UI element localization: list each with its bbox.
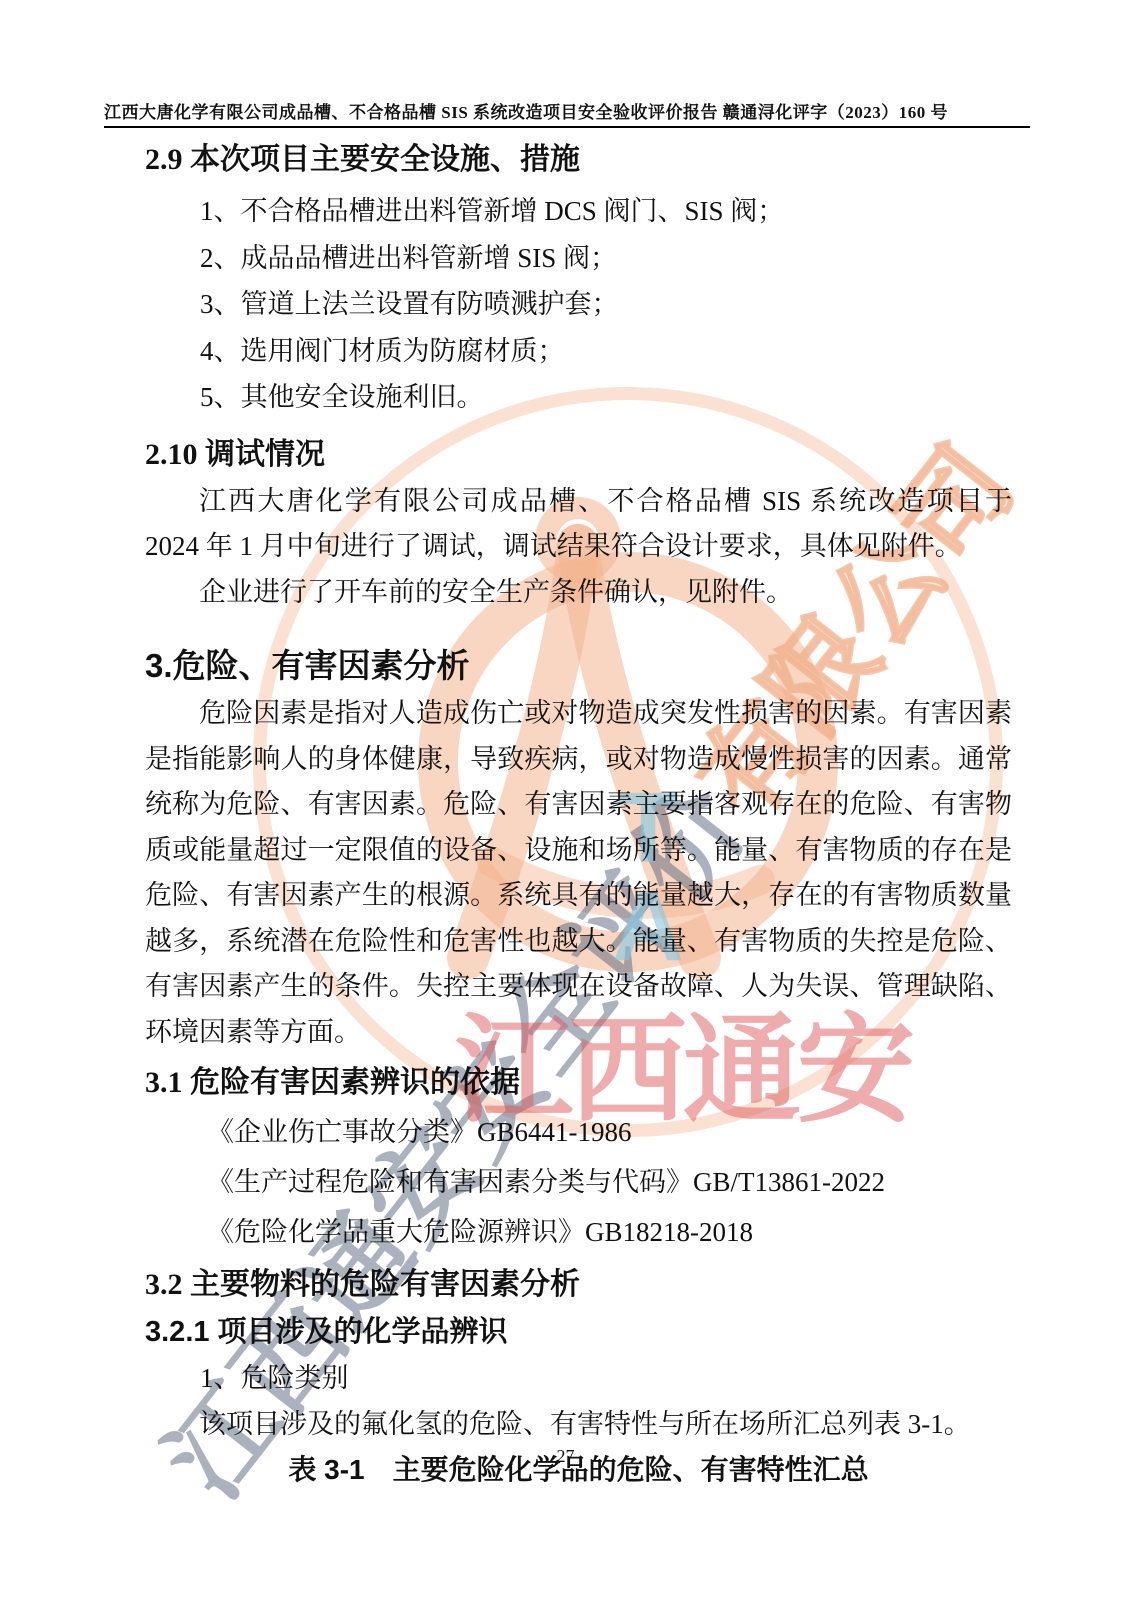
heading-3: 3.危险、有害因素分析 [145, 641, 1012, 691]
document-body: 2.9 本次项目主要安全设施、措施 1、不合格品槽进出料管新增 DCS 阀门、S… [145, 136, 1012, 1493]
reference-gb6441: 《企业伤亡事故分类》GB6441-1986 [145, 1107, 1012, 1157]
hazard-category-item: 1、危险类别 [145, 1355, 1012, 1402]
paragraph-commissioning: 江西大唐化学有限公司成品槽、不合格品槽 SIS 系统改造项目于 2024 年 1… [145, 479, 1012, 570]
heading-3-1: 3.1 危险有害因素辨识的依据 [145, 1059, 1012, 1107]
heading-2-10: 2.10 调试情况 [145, 431, 1012, 479]
list-item-5: 5、其他安全设施利旧。 [145, 374, 1012, 421]
report-running-header: 江西大唐化学有限公司成品槽、不合格品槽 SIS 系统改造项目安全验收评价报告 赣… [104, 98, 1030, 128]
paragraph-hf-summary: 该项目涉及的氟化氢的危险、有害特性与所在场所汇总列表 3-1。 [145, 1402, 1012, 1448]
paragraph-startup-check: 企业进行了开车前的安全生产条件确认，见附件。 [145, 570, 1012, 616]
list-item-1: 1、不合格品槽进出料管新增 DCS 阀门、SIS 阀； [145, 188, 1012, 235]
reference-gbt13861: 《生产过程危险和有害因素分类与代码》GB/T13861-2022 [145, 1157, 1012, 1207]
paragraph-hazard-analysis: 危险因素是指对人造成伤亡或对物造成突发性损害的因素。有害因素是指能影响人的身体健… [145, 691, 1012, 1055]
reference-gb18218: 《危险化学品重大危险源辨识》GB18218-2018 [145, 1207, 1012, 1257]
heading-2-9: 2.9 本次项目主要安全设施、措施 [145, 136, 1012, 184]
heading-3-2: 3.2 主要物料的危险有害因素分析 [145, 1261, 1012, 1309]
list-item-2: 2、成品品槽进出料管新增 SIS 阀； [145, 235, 1012, 282]
list-item-4: 4、选用阀门材质为防腐材质； [145, 328, 1012, 375]
list-item-3: 3、管道上法兰设置有防喷溅护套； [145, 281, 1012, 328]
document-page: 江西通安安全评价有限公司 江西通安 TA 江西大唐化学有限公司成品槽、不合格品槽… [0, 0, 1131, 1600]
heading-3-2-1: 3.2.1 项目涉及的化学品辨识 [145, 1309, 1012, 1355]
page-number: 27 [0, 1446, 1131, 1467]
